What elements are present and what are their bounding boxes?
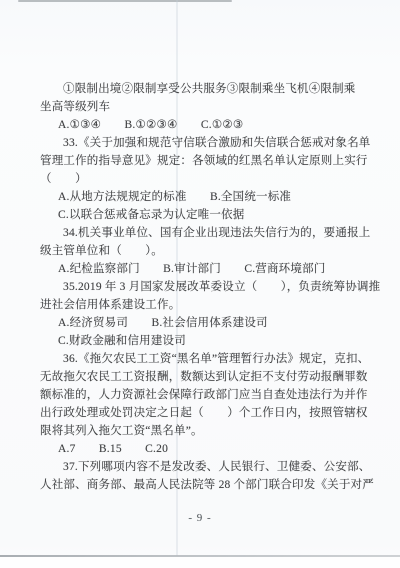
- text-line-options-continuation: ①限制出境②限制享受公共服务③限制乘坐飞机④限制乘: [40, 80, 370, 98]
- text-line-question-continuation: 无故拖欠农民工工资报酬，数额达到认定拒不支付劳动报酬罪数: [40, 368, 370, 386]
- text-line-question-start: 34.机关事业单位、国有企业出现违法失信行为的，要通报上: [40, 224, 370, 242]
- text-line-question-continuation: 额标准的，人力资源社会保障行政部门应当自查处违法行为并作: [40, 386, 370, 404]
- text-line-options-continuation: 坐高等级列车: [40, 98, 370, 116]
- text-line-answer-options: C.财政金融和信用建设司: [40, 332, 370, 350]
- document-text-body: ①限制出境②限制享受公共服务③限制乘坐飞机④限制乘坐高等级列车A.①③④ B.①…: [40, 80, 370, 494]
- text-line-answer-options: A.①③④ B.①②③④ C.①②③: [40, 116, 370, 134]
- text-line-answer-options: A.纪检监察部门 B.审计部门 C.营商环境部门: [40, 260, 370, 278]
- text-line-answer-options: A.从地方法规规定的标准 B.全国统一标准: [40, 188, 370, 206]
- text-line-question-continuation: 管理工作的指导意见》规定：各领域的红黑名单认定原则上实行: [40, 152, 370, 170]
- text-line-question-start: 36.《拖欠农民工工资“黑名单”管理暂行办法》规定，克扣、: [40, 350, 370, 368]
- text-line-question-start: 33.《关于加强和规范守信联合激励和失信联合惩戒对象名单: [40, 134, 370, 152]
- text-line-question-continuation: 人社部、商务部、最高人民法院等 28 个部门联合印发《关于对严: [40, 476, 370, 494]
- text-line-question-continuation: 出行政处理或处罚决定之日起（ ）个工作日内，按照管辖权: [40, 404, 370, 422]
- text-line-question-continuation: 进社会信用体系建设工作。: [40, 296, 370, 314]
- text-line-question-continuation: 级主管单位和（ ）。: [40, 242, 370, 260]
- text-line-question-continuation: 限将其列入拖欠工资“黑名单”。: [40, 422, 370, 440]
- scan-top-edge-artifact: [18, 0, 232, 2]
- text-line-question-start: 35.2019 年 3 月国家发展改革委设立（ ），负责统筹协调推: [40, 278, 370, 296]
- text-line-question-continuation: （ ）: [40, 170, 370, 188]
- text-line-question-start: 37.下列哪项内容不是发改委、人民银行、卫健委、公安部、: [40, 458, 370, 476]
- text-line-answer-options: A.7 B.15 C.20: [40, 440, 370, 458]
- text-line-answer-options: C.以联合惩戒备忘录为认定唯一依据: [40, 206, 370, 224]
- scanned-document-page: ①限制出境②限制享受公共服务③限制乘坐飞机④限制乘坐高等级列车A.①③④ B.①…: [0, 0, 400, 568]
- text-line-answer-options: A.经济贸易司 B.社会信用体系建设司: [40, 314, 370, 332]
- page-number: - 9 -: [0, 512, 400, 524]
- scan-below-edge-area: [0, 557, 400, 568]
